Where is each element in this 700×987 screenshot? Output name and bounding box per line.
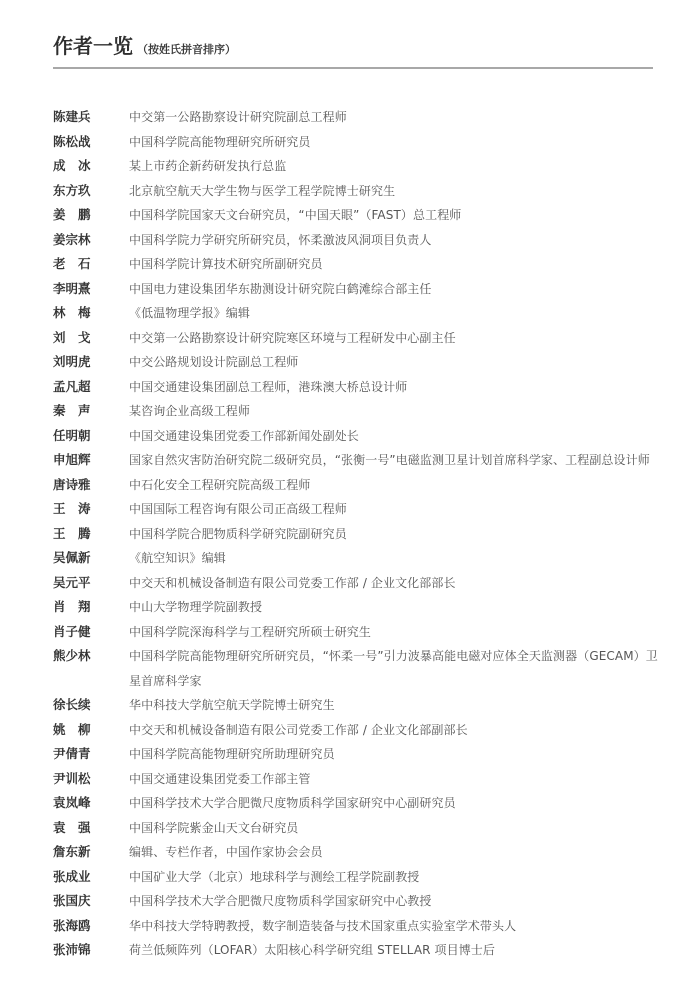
author-name: 徐长续 (53, 693, 129, 718)
author-row: 袁岚峰中国科学技术大学合肥微尺度物质科学国家研究中心副研究员 (53, 791, 663, 816)
author-row: 陈松战中国科学院高能物理研究所研究员 (53, 130, 663, 155)
author-row: 徐长续华中科技大学航空航天学院博士研究生 (53, 693, 663, 718)
author-affiliation: 华中科技大学航空航天学院博士研究生 (129, 693, 663, 718)
author-name: 肖 翔 (53, 595, 129, 620)
author-affiliation: 中交第一公路勘察设计研究院寒区环境与工程研发中心副主任 (129, 326, 663, 351)
author-row: 尹训松中国交通建设集团党委工作部主管 (53, 767, 663, 792)
author-affiliation: 中国国际工程咨询有限公司正高级工程师 (129, 497, 663, 522)
author-name: 姜宗林 (53, 228, 129, 253)
author-row: 张成业中国矿业大学（北京）地球科学与测绘工程学院副教授 (53, 865, 663, 890)
author-row: 老 石中国科学院计算技术研究所副研究员 (53, 252, 663, 277)
author-row: 王 涛中国国际工程咨询有限公司正高级工程师 (53, 497, 663, 522)
author-affiliation: 中国科学院深海科学与工程研究所硕士研究生 (129, 620, 663, 645)
author-name: 王 腾 (53, 522, 129, 547)
author-row: 东方玖北京航空航天大学生物与医学工程学院博士研究生 (53, 179, 663, 204)
author-row: 袁 强中国科学院紫金山天文台研究员 (53, 816, 663, 841)
author-row: 姜 鹏中国科学院国家天文台研究员，“中国天眼”（FAST）总工程师 (53, 203, 663, 228)
author-affiliation: 中国科学技术大学合肥微尺度物质科学国家研究中心副研究员 (129, 791, 663, 816)
author-affiliation: 中山大学物理学院副教授 (129, 595, 663, 620)
author-affiliation: 中国科学院高能物理研究所研究员，“怀柔一号”引力波暴高能电磁对应体全天监测器（G… (129, 644, 663, 693)
author-row: 张国庆中国科学技术大学合肥微尺度物质科学国家研究中心教授 (53, 889, 663, 914)
author-row: 姜宗林中国科学院力学研究所研究员，怀柔激波风洞项目负责人 (53, 228, 663, 253)
author-row: 詹东新编辑、专栏作者，中国作家协会会员 (53, 840, 663, 865)
author-row: 肖 翔中山大学物理学院副教授 (53, 595, 663, 620)
author-row: 林 梅《低温物理学报》编辑 (53, 301, 663, 326)
author-affiliation: 某上市药企新药研发执行总监 (129, 154, 663, 179)
author-name: 姚 柳 (53, 718, 129, 743)
author-affiliation: 中交公路规划设计院副总工程师 (129, 350, 663, 375)
author-row: 任明朝中国交通建设集团党委工作部新闻处副处长 (53, 424, 663, 449)
author-row: 姚 柳中交天和机械设备制造有限公司党委工作部 / 企业文化部副部长 (53, 718, 663, 743)
author-row: 陈建兵中交第一公路勘察设计研究院副总工程师 (53, 105, 663, 130)
author-name: 陈松战 (53, 130, 129, 155)
author-name: 刘明虎 (53, 350, 129, 375)
author-name: 张沛锦 (53, 938, 129, 963)
author-list: 陈建兵中交第一公路勘察设计研究院副总工程师陈松战中国科学院高能物理研究所研究员成… (53, 105, 663, 963)
author-name: 任明朝 (53, 424, 129, 449)
author-name: 张成业 (53, 865, 129, 890)
author-name: 尹训松 (53, 767, 129, 792)
author-affiliation: 中国电力建设集团华东勘测设计研究院白鹤滩综合部主任 (129, 277, 663, 302)
author-name: 张国庆 (53, 889, 129, 914)
author-affiliation: 中国科学院高能物理研究所研究员 (129, 130, 663, 155)
author-affiliation: 中国矿业大学（北京）地球科学与测绘工程学院副教授 (129, 865, 663, 890)
page-subtitle: （按姓氏拼音排序） (137, 41, 236, 57)
author-name: 袁岚峰 (53, 791, 129, 816)
author-row: 尹倩青中国科学院高能物理研究所助理研究员 (53, 742, 663, 767)
author-row: 张海鸥华中科技大学特聘教授，数字制造装备与技术国家重点实验室学术带头人 (53, 914, 663, 939)
author-affiliation: 北京航空航天大学生物与医学工程学院博士研究生 (129, 179, 663, 204)
author-affiliation: 中国交通建设集团党委工作部主管 (129, 767, 663, 792)
author-row: 秦 声某咨询企业高级工程师 (53, 399, 663, 424)
author-row: 熊少林中国科学院高能物理研究所研究员，“怀柔一号”引力波暴高能电磁对应体全天监测… (53, 644, 663, 693)
author-row: 孟凡超中国交通建设集团副总工程师，港珠澳大桥总设计师 (53, 375, 663, 400)
author-affiliation: 国家自然灾害防治研究院二级研究员，“张衡一号”电磁监测卫星计划首席科学家、工程副… (129, 448, 663, 473)
author-name: 袁 强 (53, 816, 129, 841)
header-divider (53, 67, 653, 69)
author-affiliation: 中交天和机械设备制造有限公司党委工作部 / 企业文化部副部长 (129, 718, 663, 743)
author-row: 肖子健中国科学院深海科学与工程研究所硕士研究生 (53, 620, 663, 645)
author-name: 林 梅 (53, 301, 129, 326)
author-name: 肖子健 (53, 620, 129, 645)
author-affiliation: 中国科学技术大学合肥微尺度物质科学国家研究中心教授 (129, 889, 663, 914)
author-affiliation: 中国科学院国家天文台研究员，“中国天眼”（FAST）总工程师 (129, 203, 663, 228)
author-row: 王 腾中国科学院合肥物质科学研究院副研究员 (53, 522, 663, 547)
author-name: 孟凡超 (53, 375, 129, 400)
author-row: 刘 戈中交第一公路勘察设计研究院寒区环境与工程研发中心副主任 (53, 326, 663, 351)
author-name: 王 涛 (53, 497, 129, 522)
author-name: 陈建兵 (53, 105, 129, 130)
author-name: 吴元平 (53, 571, 129, 596)
author-affiliation: 《航空知识》编辑 (129, 546, 663, 571)
author-affiliation: 荷兰低频阵列（LOFAR）太阳核心科学研究组 STELLAR 项目博士后 (129, 938, 663, 963)
author-name: 成 冰 (53, 154, 129, 179)
author-affiliation: 中交天和机械设备制造有限公司党委工作部 / 企业文化部部长 (129, 571, 663, 596)
author-affiliation: 某咨询企业高级工程师 (129, 399, 663, 424)
author-affiliation: 中国科学院合肥物质科学研究院副研究员 (129, 522, 663, 547)
author-row: 成 冰某上市药企新药研发执行总监 (53, 154, 663, 179)
author-name: 申旭辉 (53, 448, 129, 473)
author-row: 吴元平中交天和机械设备制造有限公司党委工作部 / 企业文化部部长 (53, 571, 663, 596)
author-affiliation: 中国科学院紫金山天文台研究员 (129, 816, 663, 841)
author-affiliation: 中国交通建设集团副总工程师，港珠澳大桥总设计师 (129, 375, 663, 400)
author-name: 尹倩青 (53, 742, 129, 767)
author-name: 东方玖 (53, 179, 129, 204)
author-name: 詹东新 (53, 840, 129, 865)
author-affiliation: 中石化安全工程研究院高级工程师 (129, 473, 663, 498)
author-row: 吴佩新《航空知识》编辑 (53, 546, 663, 571)
author-row: 申旭辉国家自然灾害防治研究院二级研究员，“张衡一号”电磁监测卫星计划首席科学家、… (53, 448, 663, 473)
author-affiliation: 华中科技大学特聘教授，数字制造装备与技术国家重点实验室学术带头人 (129, 914, 663, 939)
author-name: 唐诗雅 (53, 473, 129, 498)
author-affiliation: 《低温物理学报》编辑 (129, 301, 663, 326)
author-name: 老 石 (53, 252, 129, 277)
author-name: 张海鸥 (53, 914, 129, 939)
author-row: 刘明虎中交公路规划设计院副总工程师 (53, 350, 663, 375)
author-row: 张沛锦荷兰低频阵列（LOFAR）太阳核心科学研究组 STELLAR 项目博士后 (53, 938, 663, 963)
author-affiliation: 中国科学院计算技术研究所副研究员 (129, 252, 663, 277)
author-affiliation: 编辑、专栏作者，中国作家协会会员 (129, 840, 663, 865)
author-row: 李明熹中国电力建设集团华东勘测设计研究院白鹤滩综合部主任 (53, 277, 663, 302)
author-name: 李明熹 (53, 277, 129, 302)
page-title: 作者一览 (53, 30, 133, 59)
author-row: 唐诗雅中石化安全工程研究院高级工程师 (53, 473, 663, 498)
author-name: 秦 声 (53, 399, 129, 424)
author-affiliation: 中交第一公路勘察设计研究院副总工程师 (129, 105, 663, 130)
page-header: 作者一览 （按姓氏拼音排序） (53, 30, 236, 59)
author-name: 刘 戈 (53, 326, 129, 351)
author-affiliation: 中国科学院高能物理研究所助理研究员 (129, 742, 663, 767)
author-name: 熊少林 (53, 644, 129, 669)
author-affiliation: 中国交通建设集团党委工作部新闻处副处长 (129, 424, 663, 449)
author-name: 吴佩新 (53, 546, 129, 571)
author-name: 姜 鹏 (53, 203, 129, 228)
author-affiliation: 中国科学院力学研究所研究员，怀柔激波风洞项目负责人 (129, 228, 663, 253)
